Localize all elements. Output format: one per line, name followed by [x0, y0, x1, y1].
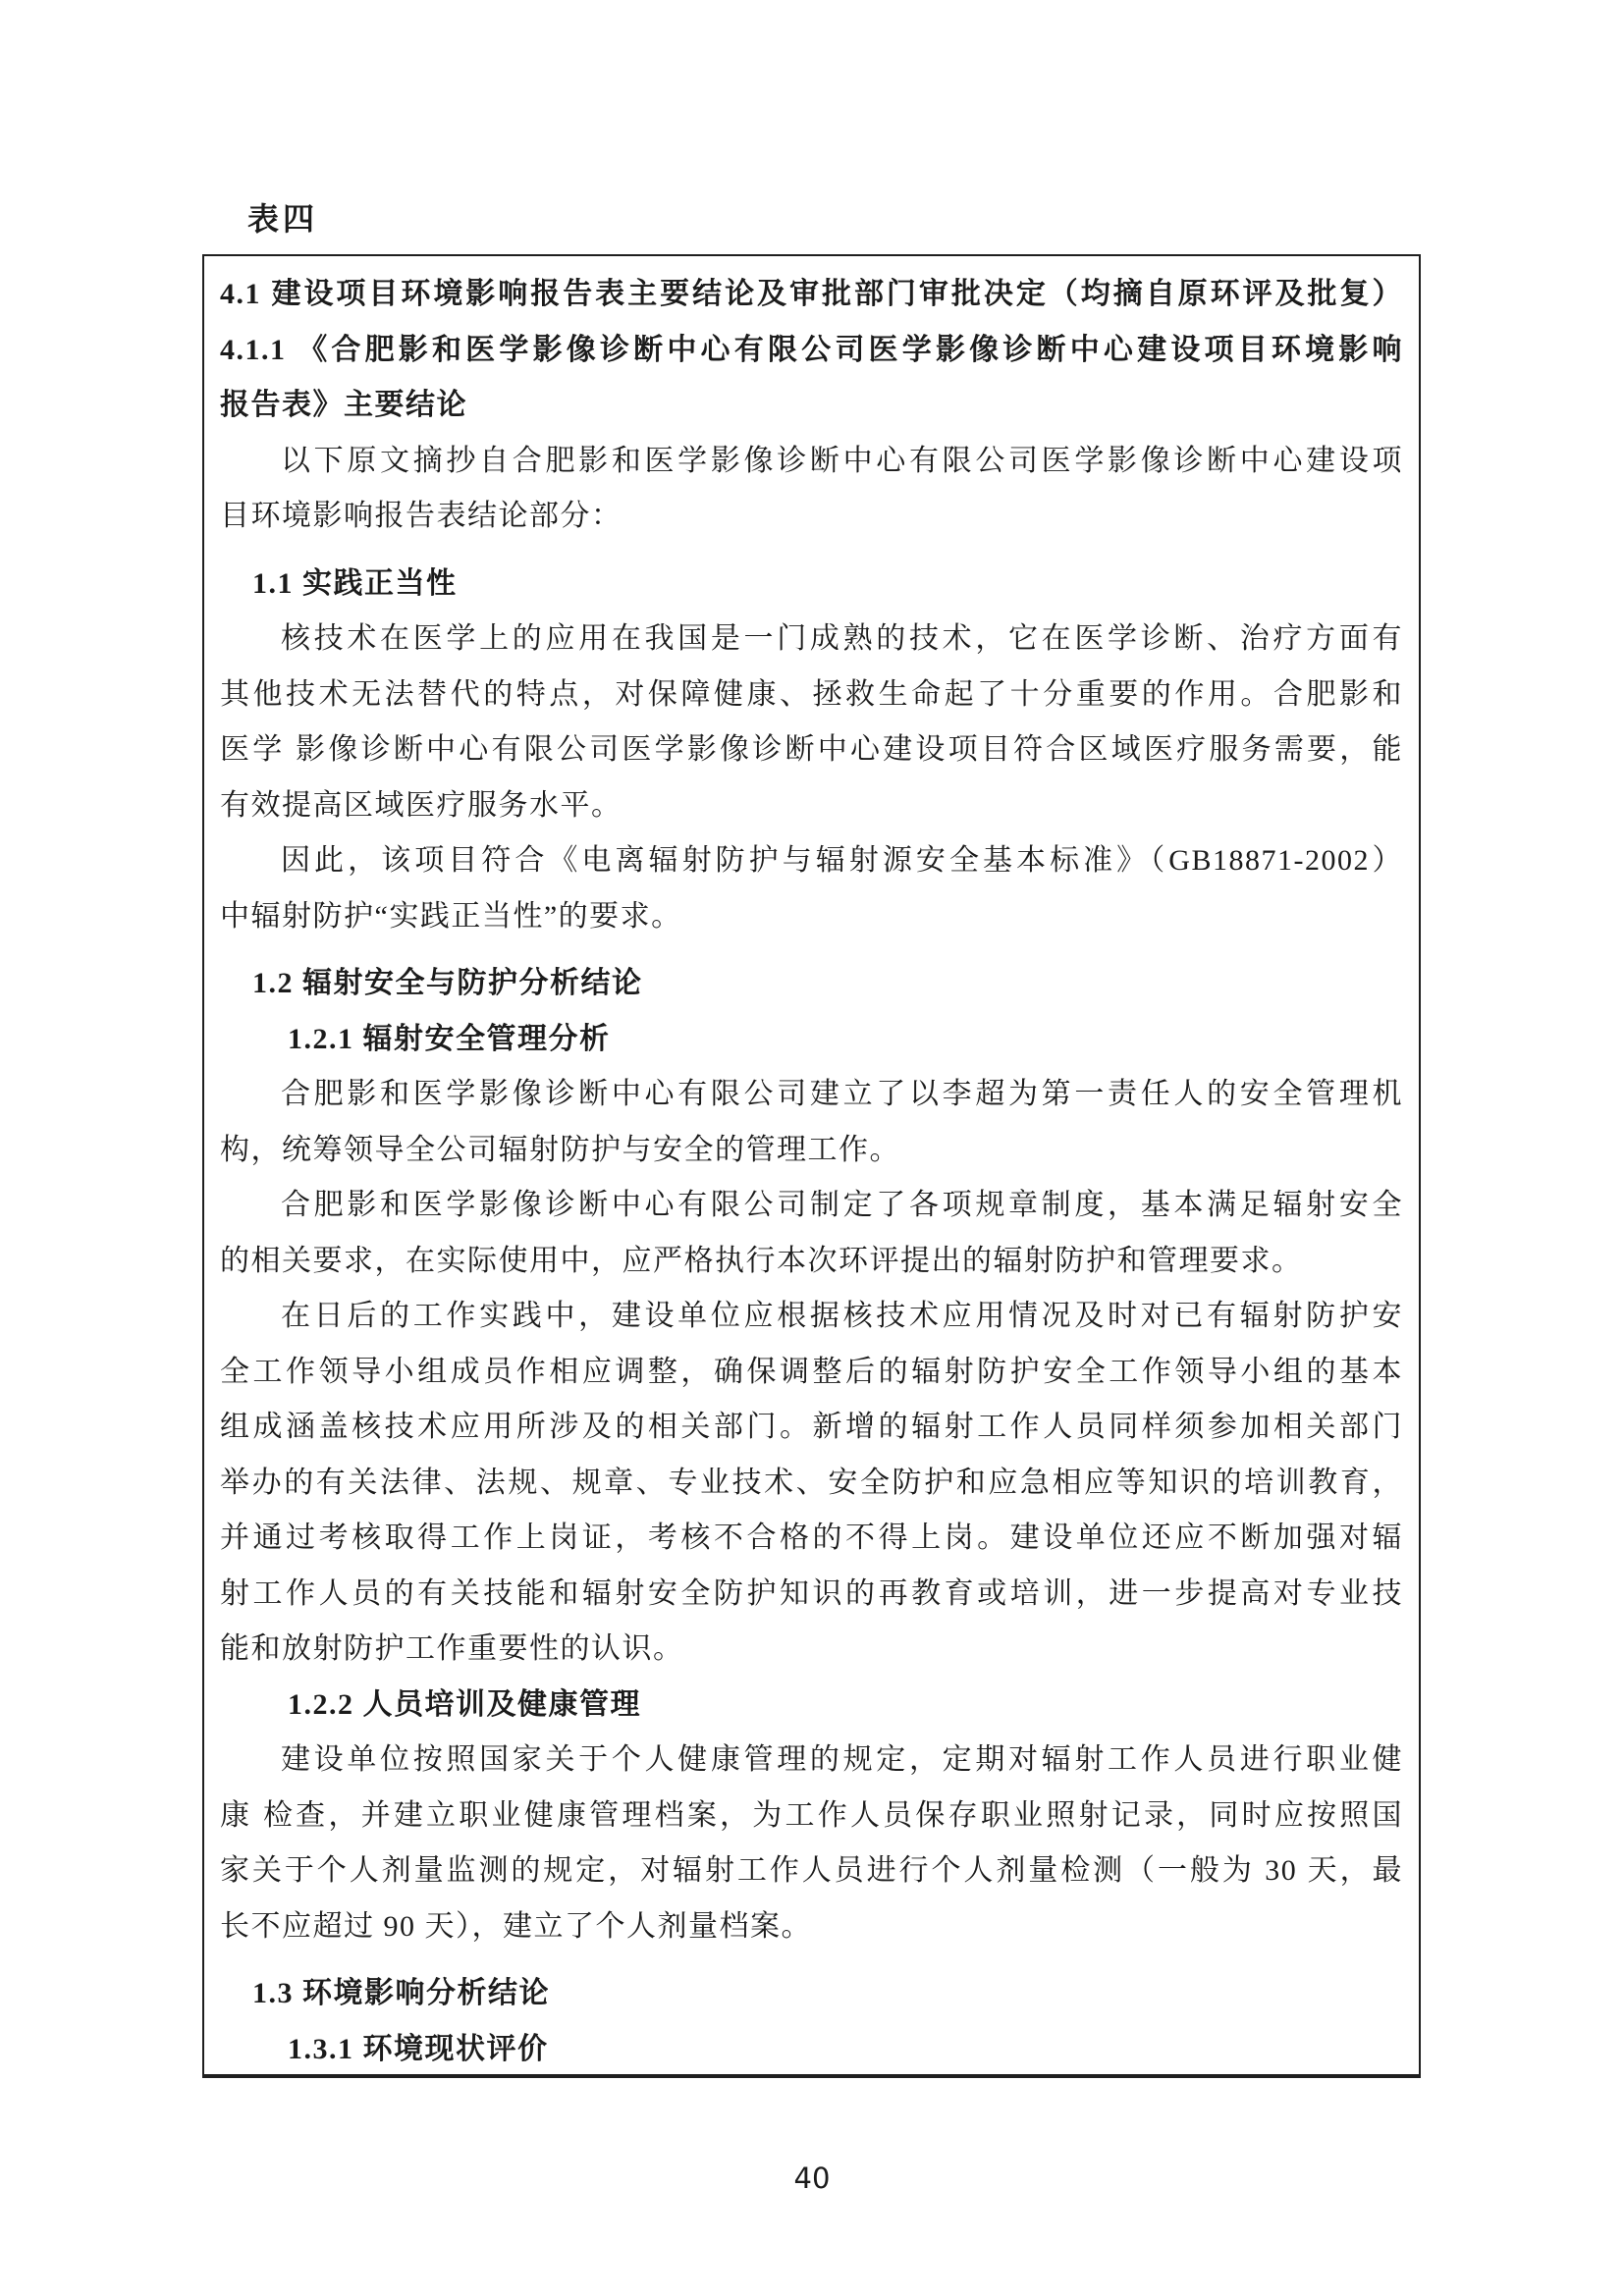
heading-1-3: 1.3 环境影响分析结论 [220, 1966, 1403, 2022]
heading-1-2-2: 1.2.2 人员培训及健康管理 [220, 1678, 1403, 1734]
body-paragraph-line: 有效提高区域医疗服务水平。 [220, 778, 1403, 834]
heading-1-2-1: 1.2.1 辐射安全管理分析 [220, 1012, 1403, 1068]
body-paragraph-line: 举办的有关法律、法规、规章、专业技术、安全防护和应急相应等知识的培训教育， [220, 1456, 1403, 1512]
section-title-line-1: 4.1 建设项目环境影响报告表主要结论及审批部门审批决定（均摘自原环评及批复） [220, 267, 1403, 323]
body-paragraph-line: 的相关要求，在实际使用中，应严格执行本次环评提出的辐射防护和管理要求。 [220, 1234, 1403, 1290]
body-paragraph-line: 组成涵盖核技术应用所涉及的相关部门。新增的辐射工作人员同样须参加相关部门 [220, 1400, 1403, 1456]
body-paragraph-line: 其他技术无法替代的特点，对保障健康、拯救生命起了十分重要的作用。合肥影和 [220, 667, 1403, 723]
body-paragraph-line: 能和放射防护工作重要性的认识。 [220, 1622, 1403, 1678]
body-paragraph-line: 中辐射防护“实践正当性”的要求。 [220, 889, 1403, 945]
heading-1-2: 1.2 辐射安全与防护分析结论 [220, 956, 1403, 1012]
body-paragraph-line: 医学 影像诊断中心有限公司医学影像诊断中心建设项目符合区域医疗服务需要，能 [220, 722, 1403, 778]
intro-paragraph-line: 目环境影响报告表结论部分： [220, 489, 1403, 545]
report-box: 4.1 建设项目环境影响报告表主要结论及审批部门审批决定（均摘自原环评及批复） … [202, 254, 1421, 2078]
table-label: 表四 [247, 194, 318, 240]
intro-paragraph-line: 以下原文摘抄自合肥影和医学影像诊断中心有限公司医学影像诊断中心建设项 [220, 434, 1403, 490]
body-paragraph-line: 并通过考核取得工作上岗证，考核不合格的不得上岗。建设单位还应不断加强对辐 [220, 1511, 1403, 1567]
document-page: 表四 4.1 建设项目环境影响报告表主要结论及审批部门审批决定（均摘自原环评及批… [0, 0, 1624, 2296]
body-paragraph-line: 康 检查，并建立职业健康管理档案，为工作人员保存职业照射记录，同时应按照国 [220, 1789, 1403, 1844]
heading-1-3-1: 1.3.1 环境现状评价 [220, 2022, 1403, 2078]
body-paragraph-line: 长不应超过 90 天），建立了个人剂量档案。 [220, 1899, 1403, 1955]
body-paragraph-line: 因此，该项目符合《电离辐射防护与辐射源安全基本标准》（GB18871-2002） [220, 833, 1403, 889]
body-paragraph-line: 建设单位按照国家关于个人健康管理的规定，定期对辐射工作人员进行职业健 [220, 1733, 1403, 1789]
page-number: 40 [0, 2162, 1624, 2195]
body-paragraph-line: 合肥影和医学影像诊断中心有限公司制定了各项规章制度，基本满足辐射安全 [220, 1178, 1403, 1234]
body-paragraph-line: 全工作领导小组成员作相应调整，确保调整后的辐射防护安全工作领导小组的基本 [220, 1345, 1403, 1401]
heading-1-1: 1.1 实践正当性 [220, 557, 1403, 613]
body-paragraph-line: 核技术在医学上的应用在我国是一门成熟的技术，它在医学诊断、治疗方面有 [220, 612, 1403, 667]
section-title-line-3: 报告表》主要结论 [220, 378, 1403, 434]
body-paragraph-line: 射工作人员的有关技能和辐射安全防护知识的再教育或培训，进一步提高对专业技 [220, 1567, 1403, 1623]
body-paragraph-line: 构，统筹领导全公司辐射防护与安全的管理工作。 [220, 1123, 1403, 1179]
section-title-line-2: 4.1.1 《合肥影和医学影像诊断中心有限公司医学影像诊断中心建设项目环境影响 [220, 323, 1403, 379]
body-paragraph-line: 家关于个人剂量监测的规定，对辐射工作人员进行个人剂量检测（一般为 30 天，最 [220, 1843, 1403, 1899]
body-paragraph-line: 在日后的工作实践中，建设单位应根据核技术应用情况及时对已有辐射防护安 [220, 1289, 1403, 1345]
body-paragraph-line: 合肥影和医学影像诊断中心有限公司建立了以李超为第一责任人的安全管理机 [220, 1067, 1403, 1123]
